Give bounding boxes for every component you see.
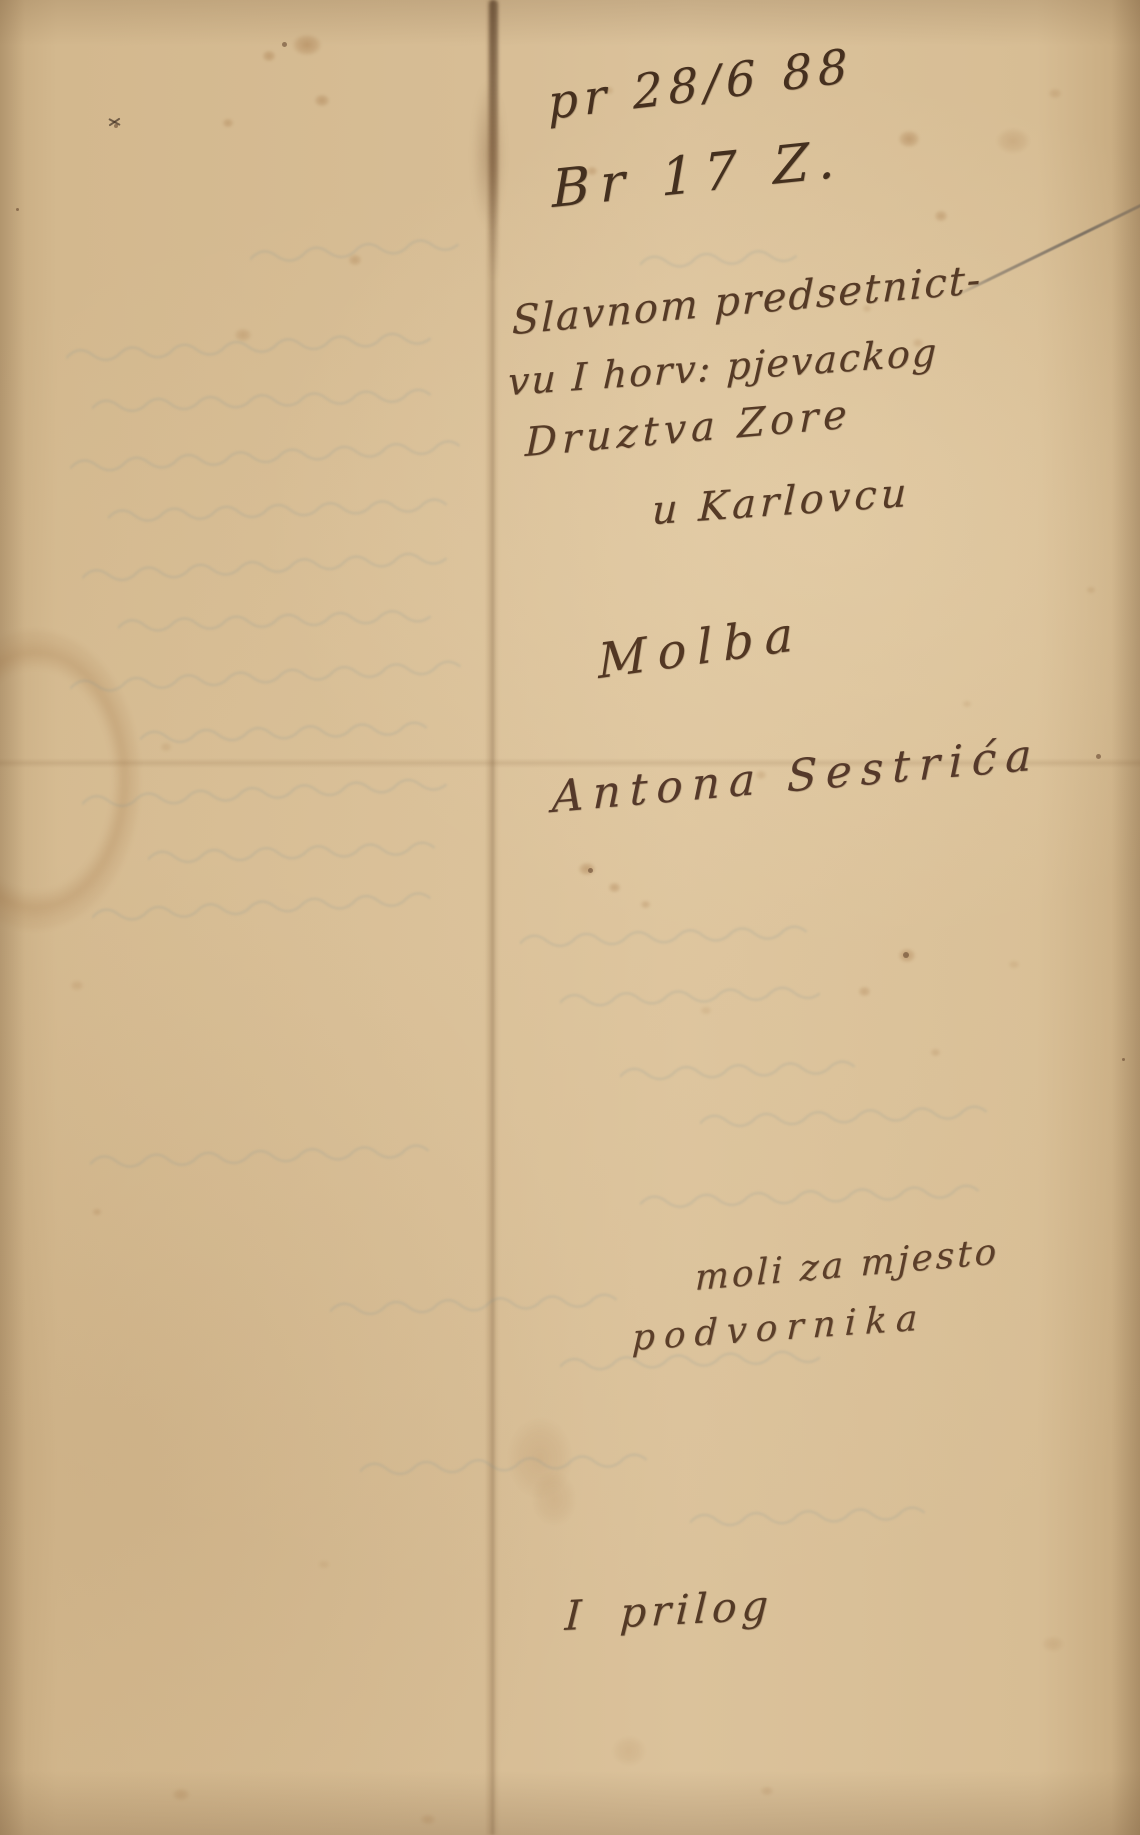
foxing-stain xyxy=(348,254,362,266)
foxing-stain xyxy=(222,118,234,128)
attachment-note-line: I prilog xyxy=(564,1581,774,1640)
foxing-stain xyxy=(1042,1636,1064,1652)
foxing-stain xyxy=(608,882,621,893)
verso-showthrough-line xyxy=(560,983,821,1014)
verso-showthrough-line xyxy=(118,606,449,640)
petitioner-name-line: Antona Sestrića xyxy=(552,729,1041,823)
verso-showthrough-line xyxy=(66,328,447,370)
verso-showthrough-line xyxy=(360,1451,661,1483)
ink-speck xyxy=(16,208,19,211)
foxing-stain xyxy=(858,986,871,997)
verso-showthrough-line xyxy=(70,658,471,701)
fold-smudge xyxy=(472,80,506,230)
verso-showthrough-line xyxy=(640,1182,991,1216)
foxing-stain xyxy=(930,1048,941,1057)
foxing-stain xyxy=(292,34,322,56)
foxing-stain xyxy=(1086,586,1096,594)
foxing-stain xyxy=(700,1006,712,1015)
foxing-stain xyxy=(172,1788,190,1801)
verso-showthrough-line xyxy=(92,889,453,930)
address-line-2: vu I horv: pjevackog xyxy=(507,330,939,404)
foxing-stain xyxy=(508,1418,572,1498)
water-stain-ring xyxy=(0,630,140,930)
foxing-stain xyxy=(318,1560,330,1569)
verso-showthrough-line xyxy=(690,1504,941,1535)
foxing-stain xyxy=(92,1208,102,1216)
petition-body-line-1: moli za mjesto xyxy=(695,1231,1000,1299)
foxing-stain xyxy=(612,1736,646,1766)
foxing-stain xyxy=(898,130,920,148)
registration-date-line: pr 28/6 88 xyxy=(547,38,854,131)
ink-speck xyxy=(903,952,909,958)
verso-showthrough-line xyxy=(249,235,460,272)
foxing-stain xyxy=(962,700,972,708)
foxing-stain xyxy=(234,328,252,342)
ink-speck xyxy=(588,868,593,873)
verso-showthrough-line xyxy=(640,246,811,277)
foxing-stain xyxy=(1008,960,1020,969)
title-line: Molba xyxy=(597,605,805,690)
verso-showthrough-line xyxy=(520,923,821,955)
foxing-stain xyxy=(70,980,84,991)
verso-showthrough-line xyxy=(82,548,463,590)
foxing-stain xyxy=(578,862,596,876)
foxing-stain xyxy=(760,1786,774,1796)
address-line-4: u Karlovcu xyxy=(651,470,911,534)
verso-showthrough-line xyxy=(82,774,463,816)
verso-showthrough-line xyxy=(620,1058,871,1089)
document-scan: pr 28/6 88 Br 17 Z. Slavnom predsetnict-… xyxy=(0,0,1140,1835)
verso-showthrough-line xyxy=(700,1103,1001,1135)
foxing-stain xyxy=(532,1472,576,1526)
address-line-3: Druztva Zore xyxy=(525,391,852,466)
verso-showthrough-line xyxy=(140,719,441,751)
foxing-stain xyxy=(262,50,276,62)
verso-showthrough-line xyxy=(148,839,449,871)
foxing-stain xyxy=(160,742,172,752)
foxing-stain xyxy=(934,210,948,222)
foxing-stain xyxy=(640,900,651,909)
foxing-stain xyxy=(996,128,1030,154)
verso-showthrough-line xyxy=(92,386,448,420)
foxing-stain xyxy=(898,948,916,963)
foxing-stain xyxy=(420,1814,436,1825)
ink-speck xyxy=(1122,1058,1125,1061)
verso-showthrough-line xyxy=(108,496,449,530)
foxing-stain xyxy=(314,94,330,107)
verso-showthrough-line xyxy=(70,438,461,480)
ink-speck xyxy=(282,42,287,47)
registration-number-line: Br 17 Z. xyxy=(551,129,844,220)
verso-showthrough-line xyxy=(330,1291,631,1323)
verso-showthrough-line xyxy=(90,1142,431,1176)
foxing-stain xyxy=(1048,88,1062,99)
petition-body-line-2: podvornika xyxy=(631,1297,927,1359)
